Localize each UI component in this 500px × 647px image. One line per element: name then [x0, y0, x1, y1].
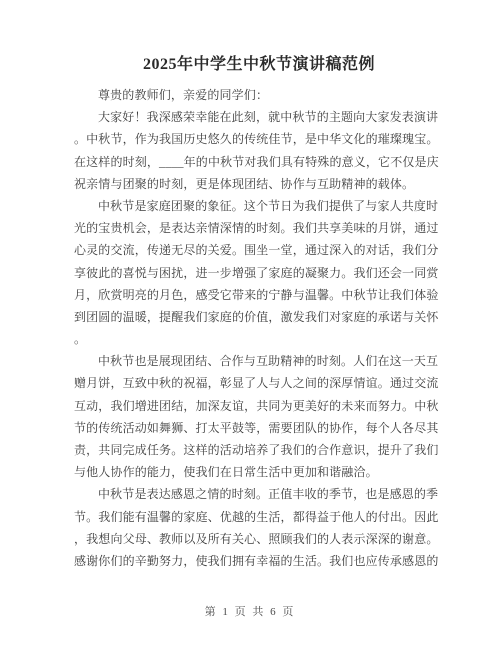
text-line: 中秋节是表达感恩之情的时刻。正值丰收的季节，也是感恩的季 [74, 483, 428, 505]
text-line: 节。我们能有温馨的家庭、优越的生活，都得益于他人的付出。因此 [74, 506, 428, 528]
document-page: 2025年中学生中秋节演讲稿范例 尊贵的教师们，亲爱的同学们：大家好！我深感荣幸… [0, 0, 500, 647]
text-line: 中秋节是家庭团聚的象征。这个节日为我们提供了与家人共度时 [74, 195, 428, 217]
text-line: 中秋节也是展现团结、合作与互助精神的时刻。人们在这一天互 [74, 350, 428, 372]
text-line: 享彼此的喜悦与困扰，进一步增强了家庭的凝聚力。我们还会一同赏 [74, 262, 428, 284]
text-line: 责，共同完成任务。这样的活动培养了我们的合作意识，提升了我们 [74, 439, 428, 461]
text-line: 感谢你们的辛勤努力，使我们拥有幸福的生活。我们也应传承感恩的 [74, 550, 428, 572]
text-line: 。中秋节，作为我国历史悠久的传统佳节，是中华文化的璀璨瑰宝。 [74, 128, 428, 150]
text-line: 节的传统活动如舞狮、打太平鼓等，需要团队的协作，每个人各尽其 [74, 417, 428, 439]
text-line: 在这样的时刻，____年的中秋节对我们具有特殊的意义，它不仅是庆 [74, 151, 428, 173]
text-line: 祝亲情与团聚的时刻，更是体现团结、协作与互助精神的载体。 [74, 173, 428, 195]
text-line: 尊贵的教师们，亲爱的同学们： [74, 84, 428, 106]
document-title: 2025年中学生中秋节演讲稿范例 [74, 51, 428, 74]
text-line: 互动，我们增进团结，加深友谊，共同为更美好的未来而努力。中秋 [74, 395, 428, 417]
text-line: 心灵的交流，传递无尽的关爱。围坐一堂，通过深入的对话，我们分 [74, 239, 428, 261]
text-line: 。 [74, 328, 428, 350]
text-line: 月，欣赏明亮的月色，感受它带来的宁静与温馨。中秋节让我们体验 [74, 284, 428, 306]
text-line: ，我想向父母、教师以及所有关心、照顾我们的人表示深深的谢意。 [74, 528, 428, 550]
text-line: 光的宝贵机会，是表达亲情深情的时刻。我们共享美味的月饼，通过 [74, 217, 428, 239]
text-line: 大家好！我深感荣幸能在此刻，就中秋节的主题向大家发表演讲 [74, 106, 428, 128]
document-body: 尊贵的教师们，亲爱的同学们：大家好！我深感荣幸能在此刻，就中秋节的主题向大家发表… [74, 84, 428, 572]
text-line: 赠月饼，互致中秋的祝福，彰显了人与人之间的深厚情谊。通过交流 [74, 372, 428, 394]
text-line: 到团圆的温暖，提醒我们家庭的价值，激发我们对家庭的承诺与关怀 [74, 306, 428, 328]
page-number-footer: 第 1 页 共 6 页 [0, 604, 500, 620]
text-line: 与他人协作的能力，使我们在日常生活中更加和谐融洽。 [74, 461, 428, 483]
